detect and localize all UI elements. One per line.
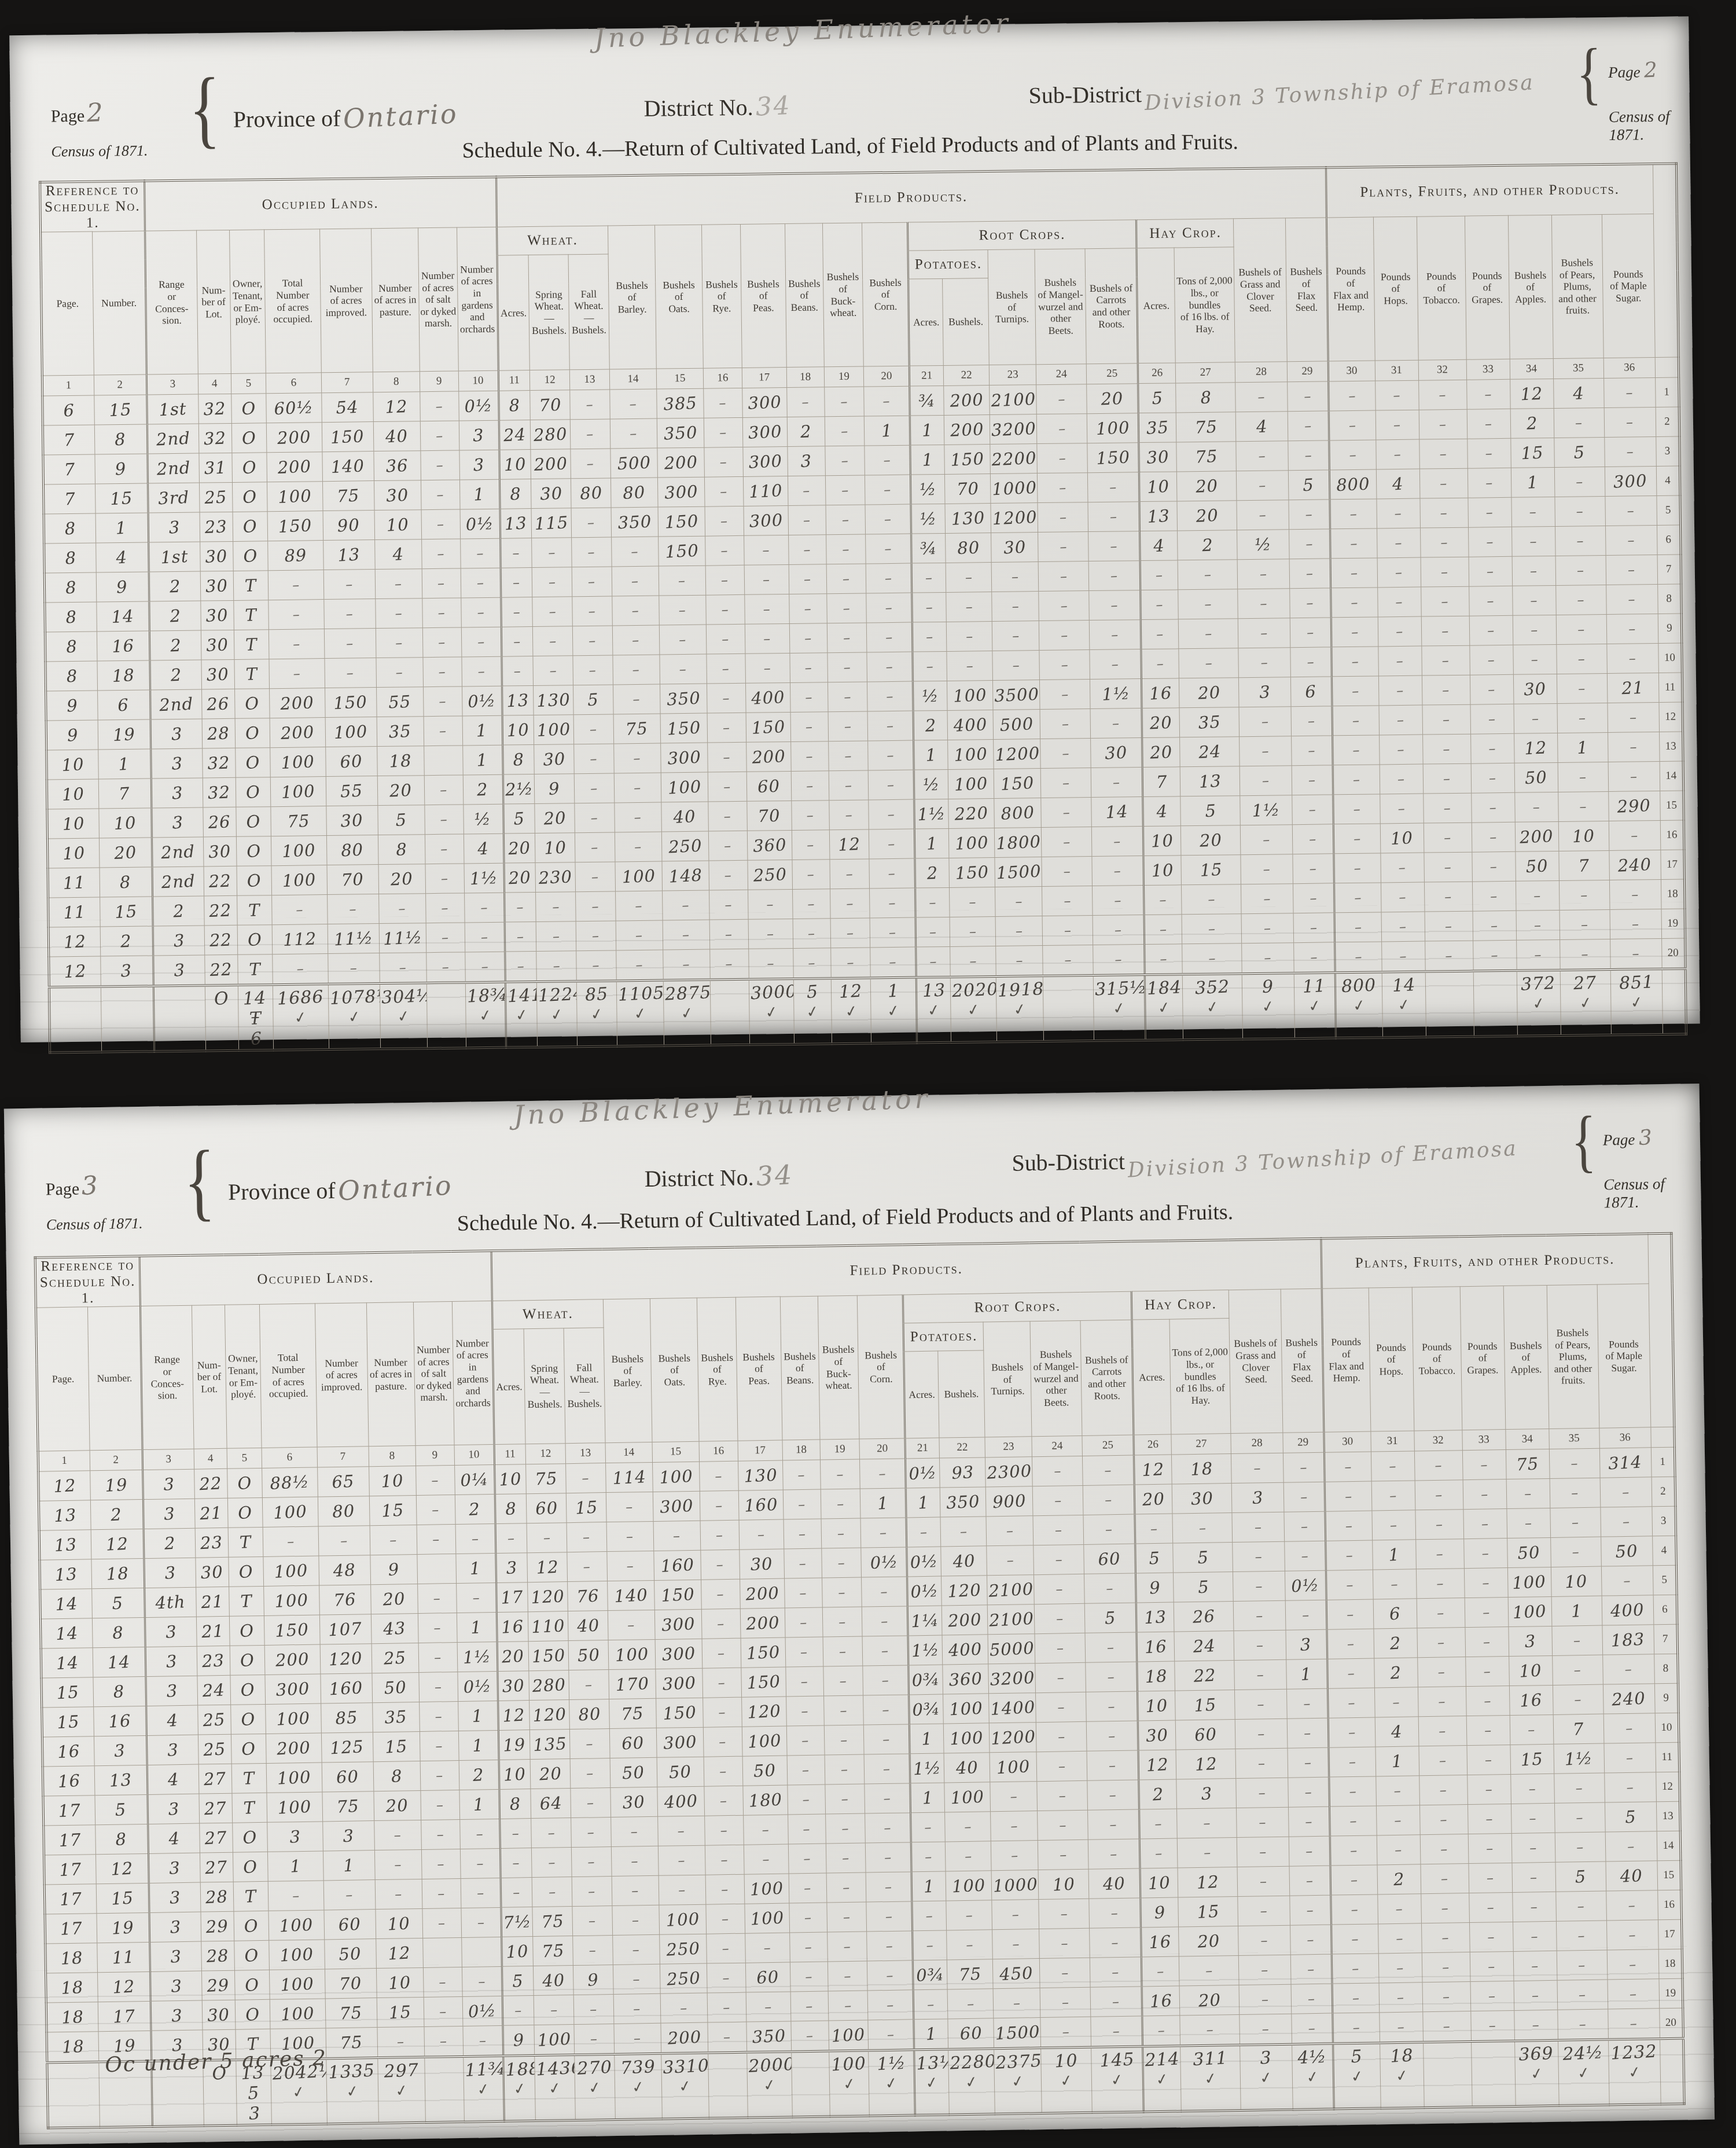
data-cell: – <box>571 1817 612 1848</box>
data-cell: – <box>744 535 789 566</box>
data-cell: – <box>1141 590 1178 620</box>
dash-mark: – <box>1012 627 1020 644</box>
dash-mark: – <box>762 1822 770 1838</box>
data-cell: – <box>1469 645 1513 675</box>
dash-mark: – <box>1156 596 1164 613</box>
dash-mark: – <box>437 605 446 622</box>
data-cell: – <box>866 1872 913 1902</box>
handwritten-value: 3 <box>170 1917 182 1937</box>
data-cell: – <box>422 1878 461 1908</box>
dash-mark: – <box>721 1911 729 1927</box>
row-number: 15 <box>1660 791 1683 820</box>
dash-mark: – <box>582 1470 590 1486</box>
dash-mark: – <box>1630 768 1638 785</box>
data-cell: – <box>1289 588 1331 618</box>
data-cell: 70 <box>945 474 991 504</box>
data-cell: 12 <box>1178 1867 1238 1898</box>
data-cell: – <box>1039 1928 1090 1958</box>
data-cell: – <box>1418 1687 1466 1717</box>
column-header: Bushels of Beans. <box>780 1296 819 1440</box>
data-cell: 75 <box>526 1464 567 1494</box>
dash-mark: – <box>1440 1811 1448 1828</box>
data-cell: – <box>1469 1863 1513 1893</box>
dash-mark: – <box>838 1584 846 1601</box>
handwritten-value: 5 <box>1149 1548 1161 1569</box>
total-value: 4½ <box>1297 2047 1327 2068</box>
data-cell: 3 <box>152 807 204 838</box>
data-cell: – <box>1421 1923 1470 1953</box>
dash-mark: – <box>1300 1518 1308 1535</box>
dash-mark: – <box>1352 742 1360 759</box>
data-cell: 70 <box>325 1969 377 1999</box>
total-cell: 270✓ <box>575 2054 616 2120</box>
data-cell: 12 <box>373 392 420 422</box>
column-number: 31 <box>1371 1431 1414 1452</box>
dash-mark: – <box>1107 1669 1115 1686</box>
data-cell: – <box>1088 561 1141 591</box>
handwritten-value: 2 <box>1526 413 1538 434</box>
total-cell: 3310✓ <box>661 2053 709 2119</box>
data-cell: – <box>1465 1657 1509 1687</box>
dash-mark: – <box>630 425 638 442</box>
dash-mark: – <box>1156 655 1164 672</box>
data-cell: – <box>1178 560 1238 590</box>
data-cell: 150 <box>267 511 323 541</box>
data-cell: – <box>1088 1809 1140 1839</box>
dash-mark: – <box>1438 1723 1446 1739</box>
data-cell: – <box>659 1875 706 1905</box>
data-cell: 60 <box>324 1910 376 1940</box>
dash-mark: – <box>682 956 690 973</box>
data-cell: – <box>1291 736 1333 766</box>
dash-mark: – <box>1350 1872 1358 1889</box>
data-cell: – <box>1037 1780 1088 1811</box>
data-cell: 100 <box>744 1874 789 1904</box>
handwritten-value: 12 <box>112 1977 135 1998</box>
data-cell: 200 <box>661 2022 708 2054</box>
handwritten-value: 20 <box>1150 742 1173 763</box>
handwritten-value: 14 <box>55 1623 79 1644</box>
dash-mark: – <box>1349 1842 1358 1859</box>
dash-mark: – <box>439 723 447 740</box>
check-mark-icon: ✓ <box>537 1003 576 1027</box>
dash-mark: – <box>1438 1693 1446 1710</box>
data-cell: – <box>1241 825 1293 855</box>
data-cell: – <box>788 1785 826 1815</box>
column-header: Bushels of Oats. <box>654 225 703 369</box>
handwritten-value: 4 <box>1256 416 1268 436</box>
data-cell: 130 <box>945 504 991 534</box>
handwritten-value: O <box>244 1916 259 1936</box>
data-cell: – <box>1375 1776 1419 1806</box>
data-cell: – <box>792 801 829 831</box>
dash-mark: – <box>724 867 732 884</box>
dash-mark: – <box>803 512 811 528</box>
data-cell: 32 <box>203 777 236 807</box>
data-cell: 50 <box>1514 762 1558 792</box>
data-cell: – <box>659 625 707 655</box>
handwritten-value: 100 <box>537 2029 572 2050</box>
data-cell: – <box>1039 1958 1090 1988</box>
check-mark-icon: ✓ <box>380 1004 426 1030</box>
handwritten-value: 30 <box>386 485 409 506</box>
dash-mark: – <box>632 1941 640 1958</box>
data-cell: 120 <box>741 1697 786 1727</box>
total-cell <box>1471 2041 1516 2107</box>
handwritten-value: 1 <box>1300 1664 1312 1684</box>
handwritten-value: 20 <box>1198 1990 1222 2011</box>
column-header: Total Number of acres occupied. <box>260 1304 317 1448</box>
dash-mark: – <box>394 1856 402 1873</box>
check-mark-icon: ✓ <box>869 2071 914 2096</box>
data-cell: – <box>1473 940 1517 971</box>
data-cell: – <box>1038 561 1089 592</box>
data-cell: – <box>378 894 426 924</box>
data-cell: – <box>375 598 422 629</box>
data-cell: – <box>570 419 610 449</box>
data-cell: 5 <box>1138 383 1176 413</box>
data-cell: 5 <box>1554 438 1605 468</box>
handwritten-value: 350 <box>946 1492 980 1513</box>
data-cell: 800 <box>994 798 1042 828</box>
data-cell: – <box>606 1492 653 1522</box>
dash-mark: – <box>1110 1905 1119 1922</box>
handwritten-value: 24 <box>503 424 527 445</box>
data-cell: 60½ <box>266 393 322 423</box>
handwritten-value: 1 <box>289 1856 301 1877</box>
dash-mark: – <box>1490 888 1498 905</box>
handwritten-value: 100 <box>621 866 656 887</box>
data-cell: – <box>708 831 747 861</box>
data-cell: 150 <box>658 506 705 537</box>
dash-mark: – <box>1307 1991 1315 2007</box>
data-cell: – <box>992 1900 1039 1930</box>
handwritten-value: 10 <box>506 1941 529 1962</box>
data-cell: ½ <box>1237 530 1289 560</box>
data-cell: O <box>236 807 271 837</box>
handwritten-value: 80 <box>957 538 980 559</box>
row-number <box>1662 968 1686 1034</box>
data-cell: 18 <box>47 2032 99 2063</box>
data-cell: – <box>505 951 536 982</box>
data-cell: – <box>1090 1987 1142 2017</box>
dash-mark: – <box>1110 538 1118 555</box>
dash-mark: – <box>1259 1814 1267 1831</box>
dash-mark: – <box>882 393 891 410</box>
dash-mark: – <box>549 603 557 620</box>
dash-mark: – <box>723 2029 731 2046</box>
dash-mark: – <box>1348 1754 1356 1771</box>
column-number: 14 <box>605 1442 653 1463</box>
handwritten-value: 9 <box>1149 1578 1161 1598</box>
handwritten-value: 1 <box>476 721 488 741</box>
data-cell: – <box>1238 1925 1290 1955</box>
dash-mark: – <box>441 899 449 916</box>
handwritten-value: 5 <box>1104 1608 1116 1628</box>
dash-mark: – <box>888 836 896 853</box>
handwritten-value: 70 <box>956 479 979 500</box>
data-cell: 400 <box>947 710 994 740</box>
handwritten-value: 10 <box>1052 1874 1076 1895</box>
dash-mark: – <box>725 926 733 943</box>
data-cell: – <box>572 1906 613 1936</box>
data-cell: – <box>495 1523 527 1554</box>
dash-mark: – <box>1354 949 1362 965</box>
data-cell: 0¾ <box>913 1960 947 1990</box>
dash-mark: – <box>635 898 643 915</box>
dash-mark: – <box>547 1824 555 1841</box>
data-cell: – <box>1235 1689 1287 1719</box>
data-cell: – <box>1608 1979 1660 2009</box>
data-cell: – <box>1235 1719 1288 1749</box>
data-cell: 8 <box>100 867 153 897</box>
handwritten-value: 11½ <box>333 928 374 949</box>
dash-mark: – <box>1628 650 1636 667</box>
dash-mark: – <box>925 1849 933 1866</box>
handwritten-value: 1 <box>922 450 934 470</box>
dash-mark: – <box>887 718 895 735</box>
data-cell: – <box>705 1815 744 1845</box>
dash-mark: – <box>1573 1632 1581 1649</box>
data-cell: – <box>701 1579 740 1609</box>
data-cell: – <box>660 654 707 684</box>
province-handwritten: Ontario <box>342 98 458 134</box>
dash-mark: – <box>1306 1932 1314 1948</box>
dash-mark: – <box>590 810 598 827</box>
data-cell: – <box>422 627 461 658</box>
dash-mark: – <box>1261 1962 1269 1978</box>
row-number: 13 <box>1656 1801 1680 1831</box>
data-cell: – <box>1334 912 1382 942</box>
data-cell: – <box>825 446 865 476</box>
data-cell: 8 <box>92 1617 145 1647</box>
handwritten-value: 80 <box>579 483 602 504</box>
handwritten-value: 60 <box>1098 1548 1121 1569</box>
dash-mark: – <box>1060 627 1068 644</box>
data-cell: – <box>1470 674 1514 704</box>
handwritten-value: 300 <box>659 1496 694 1517</box>
handwritten-value: 1 <box>877 1493 889 1514</box>
data-cell: – <box>821 1548 862 1578</box>
data-cell: 30 <box>497 1671 529 1701</box>
check-mark-icon: ✓ <box>915 2072 948 2094</box>
dash-mark: – <box>841 512 849 528</box>
data-cell: – <box>1040 768 1091 798</box>
data-cell: 9 <box>370 1554 418 1584</box>
data-cell: 100 <box>948 740 994 770</box>
handwritten-value: 1 <box>881 421 893 441</box>
handwritten-value: 12 <box>385 396 408 417</box>
data-cell: – <box>867 711 914 741</box>
data-cell: – <box>1560 909 1610 939</box>
data-cell: 4 <box>146 1705 198 1735</box>
dash-mark: – <box>1485 475 1494 491</box>
data-cell: – <box>827 1961 868 1991</box>
data-cell: – <box>1237 471 1289 501</box>
check-mark-icon: ✓ <box>615 2075 661 2101</box>
data-cell: – <box>418 1642 458 1672</box>
data-cell: – <box>828 1991 869 2021</box>
dash-mark: – <box>634 839 642 855</box>
data-cell: 8 <box>45 602 97 632</box>
data-cell: 20 <box>1179 678 1240 708</box>
total-value: 5 <box>806 982 819 1003</box>
check-mark-icon: ✓ <box>1183 994 1242 1022</box>
dash-mark: – <box>1304 1754 1312 1771</box>
handwritten-value: 100 <box>274 1590 309 1611</box>
dash-mark: – <box>1064 952 1072 968</box>
dash-mark: – <box>1440 1870 1448 1887</box>
dash-mark: – <box>842 1879 850 1896</box>
data-cell: – <box>1419 1746 1467 1776</box>
data-cell: – <box>707 1992 746 2022</box>
data-cell: 16 <box>1142 1986 1180 2016</box>
dash-mark: – <box>631 544 639 560</box>
total-cell: 184✓ <box>1145 974 1183 1040</box>
dash-mark: – <box>802 1791 810 1808</box>
data-cell: 2 <box>455 1494 495 1524</box>
handwritten-value: 10 <box>503 1764 527 1785</box>
data-cell: – <box>1039 650 1090 680</box>
dash-mark: – <box>1576 473 1584 490</box>
dash-mark: – <box>1572 1544 1580 1560</box>
data-cell: 3 <box>788 446 825 476</box>
data-cell: 18 <box>377 746 424 776</box>
dash-mark: – <box>1529 563 1538 579</box>
dash-mark: – <box>803 1821 811 1838</box>
data-cell: – <box>421 509 460 539</box>
data-cell: – <box>1469 1892 1513 1922</box>
handwritten-value: O <box>240 1650 255 1670</box>
data-cell: – <box>1179 1955 1239 1986</box>
handwritten-value: 50 <box>577 1645 601 1666</box>
handwritten-value: 3 <box>163 1504 175 1524</box>
data-cell: 150 <box>746 712 791 742</box>
data-cell: – <box>460 1848 501 1878</box>
data-cell: 75 <box>1176 442 1237 472</box>
handwritten-value: 5 <box>512 1971 524 1991</box>
data-cell: – <box>1329 1776 1376 1806</box>
total-cell: 1105✓ <box>616 981 664 1047</box>
data-cell: 3 <box>1286 1629 1327 1659</box>
dash-mark: – <box>1257 1725 1265 1742</box>
data-cell: – <box>1232 1512 1284 1542</box>
handwritten-value: 35 <box>384 1707 408 1728</box>
data-cell: – <box>1240 736 1292 766</box>
column-header: Bushels of Corn. <box>862 222 910 366</box>
data-cell: – <box>534 1995 574 2025</box>
handwritten-value: 17 <box>58 1800 82 1821</box>
dash-mark: – <box>1435 1516 1443 1533</box>
data-cell: 240 <box>1609 850 1661 880</box>
data-cell: 60 <box>745 1962 790 1992</box>
data-cell: 1 <box>95 513 149 543</box>
column-number: 4 <box>194 1448 227 1469</box>
data-cell: – <box>1182 943 1242 975</box>
handwritten-value: 12 <box>388 1943 411 1964</box>
dash-mark: – <box>1442 711 1450 728</box>
handwritten-value: 75 <box>339 2003 363 2024</box>
handwritten-value: 0¾ <box>912 1699 941 1720</box>
data-cell: – <box>1177 1838 1237 1868</box>
dash-mark: – <box>1529 1839 1537 1856</box>
dash-mark: – <box>840 394 848 410</box>
data-cell: – <box>1090 649 1142 680</box>
handwritten-value: 100 <box>831 2025 866 2046</box>
data-cell: – <box>991 1811 1038 1841</box>
data-cell: 100 <box>946 1871 992 1901</box>
data-cell: – <box>1334 942 1382 972</box>
total-value: 352 <box>1194 976 1230 998</box>
data-cell: – <box>527 1523 567 1553</box>
data-cell: – <box>868 2020 914 2051</box>
data-cell: – <box>1089 1898 1141 1928</box>
data-cell: – <box>823 1666 863 1696</box>
check-mark-icon: ✓ <box>829 2072 869 2096</box>
column-number: 10 <box>454 1444 494 1465</box>
dash-mark: – <box>1155 1845 1163 1862</box>
data-cell: – <box>792 830 829 860</box>
handwritten-value: 5 <box>112 1593 124 1613</box>
row-number: 1 <box>1651 1447 1675 1477</box>
data-cell: 7 <box>1553 1714 1604 1744</box>
handwritten-value: 120 <box>329 1648 363 1669</box>
data-cell: 5 <box>1555 1861 1606 1892</box>
data-cell: – <box>422 598 461 628</box>
dash-mark: – <box>1013 1995 1021 2011</box>
handwritten-value: 6 <box>1305 681 1317 702</box>
dash-mark: – <box>805 1969 813 1985</box>
data-cell: 5 <box>378 805 425 835</box>
data-cell: – <box>421 450 459 480</box>
data-cell: – <box>870 917 917 948</box>
data-cell: – <box>790 682 827 713</box>
dash-mark: – <box>1571 1485 1579 1501</box>
handwritten-value: 200 <box>280 722 315 743</box>
data-cell: 22 <box>194 1468 227 1499</box>
handwritten-value: 140 <box>613 1585 648 1606</box>
data-cell: 5 <box>1084 1603 1137 1633</box>
data-cell: 2nd <box>152 837 204 867</box>
dash-mark: – <box>678 572 686 589</box>
dash-mark: – <box>842 571 850 588</box>
page-number-handwritten: 2 <box>86 98 105 128</box>
data-cell: ½ <box>911 504 945 534</box>
row-number: 14 <box>1657 1831 1681 1861</box>
handwritten-value: 100 <box>280 1974 315 1995</box>
dash-mark: – <box>722 631 730 648</box>
data-cell: 300 <box>1605 466 1657 496</box>
data-cell: – <box>1378 1923 1422 1954</box>
data-cell: – <box>610 418 657 449</box>
handwritten-value: T <box>239 1532 252 1552</box>
dash-mark: – <box>1529 1810 1537 1827</box>
handwritten-value: 900 <box>992 1490 1027 1512</box>
handwritten-value: 0½ <box>910 1551 939 1572</box>
dash-mark: – <box>1531 710 1539 727</box>
handwritten-value: 90 <box>337 515 360 536</box>
handwritten-value: 15 <box>111 1888 134 1909</box>
handwritten-value: 5 <box>115 1800 127 1820</box>
data-cell: – <box>950 887 996 917</box>
data-cell: 300 <box>654 1609 702 1639</box>
dash-mark: – <box>433 1649 442 1666</box>
data-cell: – <box>462 2025 503 2057</box>
data-cell: – <box>828 711 868 741</box>
data-cell: 60 <box>325 747 377 777</box>
data-cell: 30 <box>1138 1720 1176 1750</box>
dash-mark: – <box>1112 2023 1120 2040</box>
